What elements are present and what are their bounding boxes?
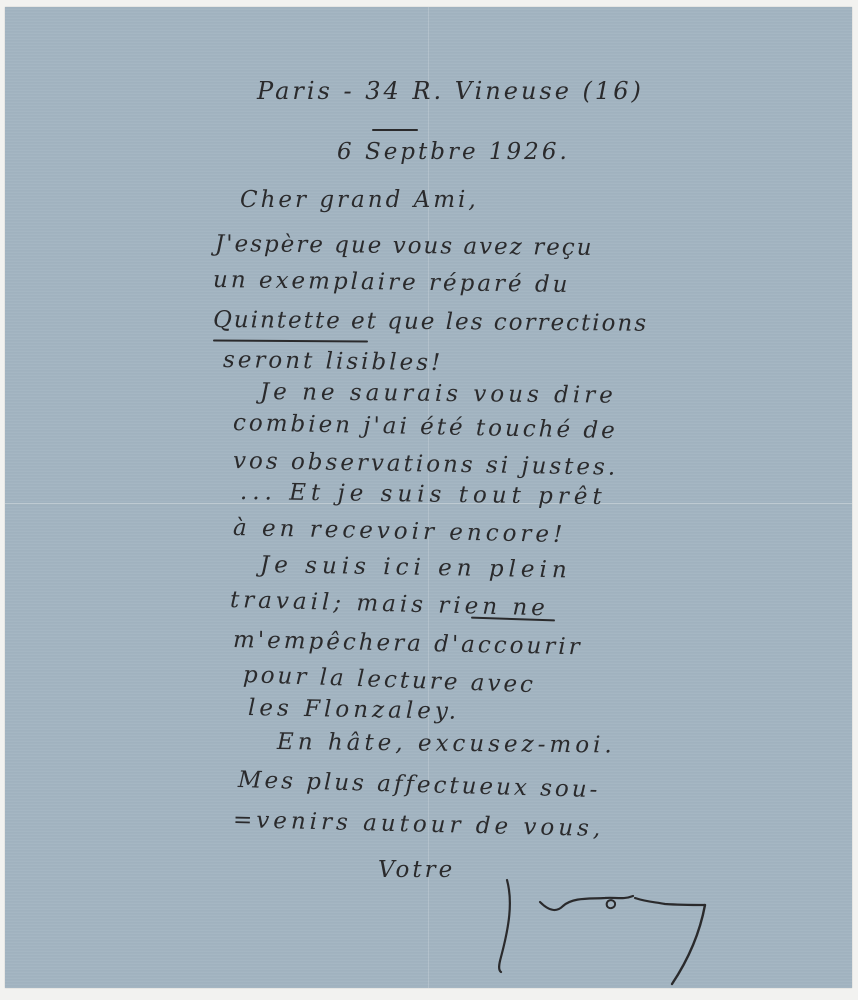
body-line: un exemplaire réparé du [213, 267, 571, 298]
quintette-underline [213, 339, 368, 342]
signature-flourish [495, 872, 755, 987]
body-line: J'espère que vous avez reçu [215, 231, 594, 261]
body-line: les Flonzaley. [248, 695, 461, 725]
body-line: Mes plus affectueux sou- [238, 767, 601, 803]
body-line: Quintette et que les corrections [213, 307, 648, 337]
body-line: En hâte, excusez-moi. [277, 729, 616, 759]
body-line: vos observations si justes. [233, 448, 619, 481]
body-line: m'empêchera d'accourir [233, 627, 583, 660]
body-line: =venirs autour de vous, [233, 807, 605, 842]
body-line: Je suis ici en plein [260, 552, 572, 583]
letter-paper: Paris - 34 R. Vineuse (16) 6 Septbre 192… [5, 7, 852, 988]
body-line: pour la lecture avec [243, 662, 537, 698]
body-line: à en recevoir encore! [233, 515, 567, 548]
body-line: travail; mais rien ne [230, 587, 550, 621]
date-line: 6 Septbre 1926. [337, 139, 570, 165]
body-line: ... Et je suis tout prêt [240, 479, 607, 510]
salutation: Cher grand Ami, [240, 187, 479, 213]
closing: Votre [378, 857, 455, 883]
body-line: seront lisibles! [223, 347, 444, 376]
body-line: Je ne saurais vous dire [260, 379, 617, 409]
body-line: combien j'ai été touché de [233, 410, 618, 444]
address-underline [372, 129, 418, 131]
address-line: Paris - 34 R. Vineuse (16) [257, 77, 644, 105]
